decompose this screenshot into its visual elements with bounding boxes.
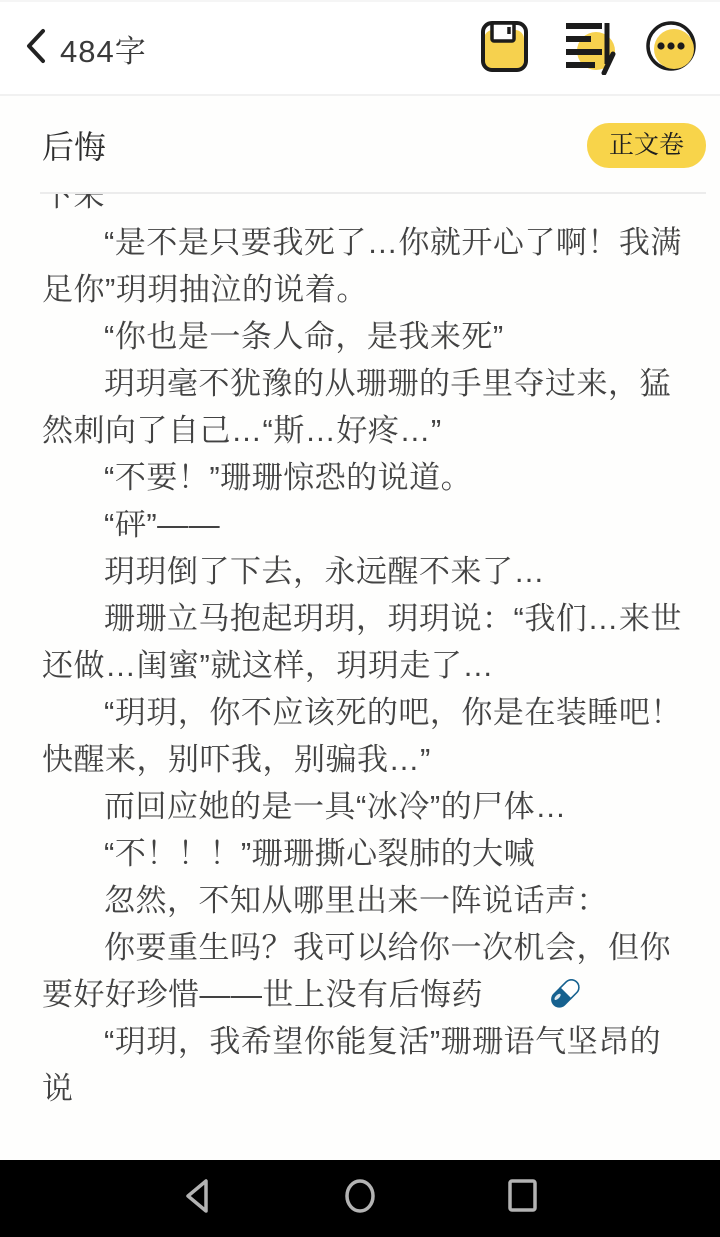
text-flow: 下来“是不是只要我死了…你就开心了啊！我满足你”玥玥抽泣的说着。“你也是一条人命…	[0, 194, 720, 1112]
sort-list-icon	[560, 17, 616, 80]
recents-square-icon	[505, 1177, 539, 1220]
paragraph: 而回应她的是一具“冰冷”的尸体…	[42, 783, 682, 830]
sort-button[interactable]	[560, 19, 616, 77]
more-ellipsis-icon	[644, 17, 700, 80]
paragraph: 玥玥倒了下去，永远醒不来了…	[42, 548, 682, 595]
paragraph: “你也是一条人命，是我来死”	[42, 313, 682, 360]
paragraph: “是不是只要我死了…你就开心了啊！我满足你”玥玥抽泣的说着。	[42, 219, 682, 313]
paragraph: 下来	[42, 194, 682, 219]
more-button[interactable]	[644, 19, 700, 77]
chapter-title[interactable]: 后悔	[42, 122, 106, 168]
paragraph: “玥玥，我希望你能复活”珊珊语气坚昂的说	[42, 1018, 682, 1112]
chapter-body-editor[interactable]: 下来“是不是只要我死了…你就开心了啊！我满足你”玥玥抽泣的说着。“你也是一条人命…	[0, 194, 720, 1160]
save-icon	[478, 17, 530, 80]
chapter-title-row: 后悔 正文卷	[0, 112, 720, 178]
paragraph: “不要！”珊珊惊恐的说道。	[42, 454, 682, 501]
paragraph: 玥玥毫不犹豫的从珊珊的手里夺过来，猛然刺向了自己…“斯…好疼…”	[42, 360, 682, 454]
header-actions	[476, 19, 700, 77]
paragraph: “砰”——	[42, 501, 682, 548]
paragraph: “不！！！”珊珊撕心裂肺的大喊	[42, 830, 682, 877]
android-nav-bar	[0, 1160, 720, 1237]
pill-icon	[485, 975, 521, 1011]
chevron-left-icon	[22, 25, 50, 72]
home-circle-icon	[343, 1177, 377, 1220]
nav-recents-button[interactable]	[502, 1179, 542, 1219]
word-count-label: 484字	[60, 26, 147, 71]
back-triangle-icon	[183, 1177, 213, 1220]
back-button[interactable]	[16, 24, 56, 72]
paragraph: 你要重生吗？我可以给你一次机会，但你要好好珍惜——世上没有后悔药	[42, 924, 682, 1018]
paragraph: 珊珊立马抱起玥玥，玥玥说：“我们…来世还做…闺蜜”就这样，玥玥走了…	[42, 595, 682, 689]
paragraph: 忽然，不知从哪里出来一阵说话声：	[42, 877, 682, 924]
paragraph: “玥玥，你不应该死的吧，你是在装睡吧！快醒来，别吓我，别骗我…”	[42, 689, 682, 783]
editor-page: 484字	[0, 0, 720, 1237]
nav-back-button[interactable]	[178, 1179, 218, 1219]
nav-home-button[interactable]	[340, 1179, 380, 1219]
app-header: 484字	[0, 0, 720, 96]
volume-badge[interactable]: 正文卷	[587, 123, 706, 168]
save-button[interactable]	[476, 19, 532, 77]
